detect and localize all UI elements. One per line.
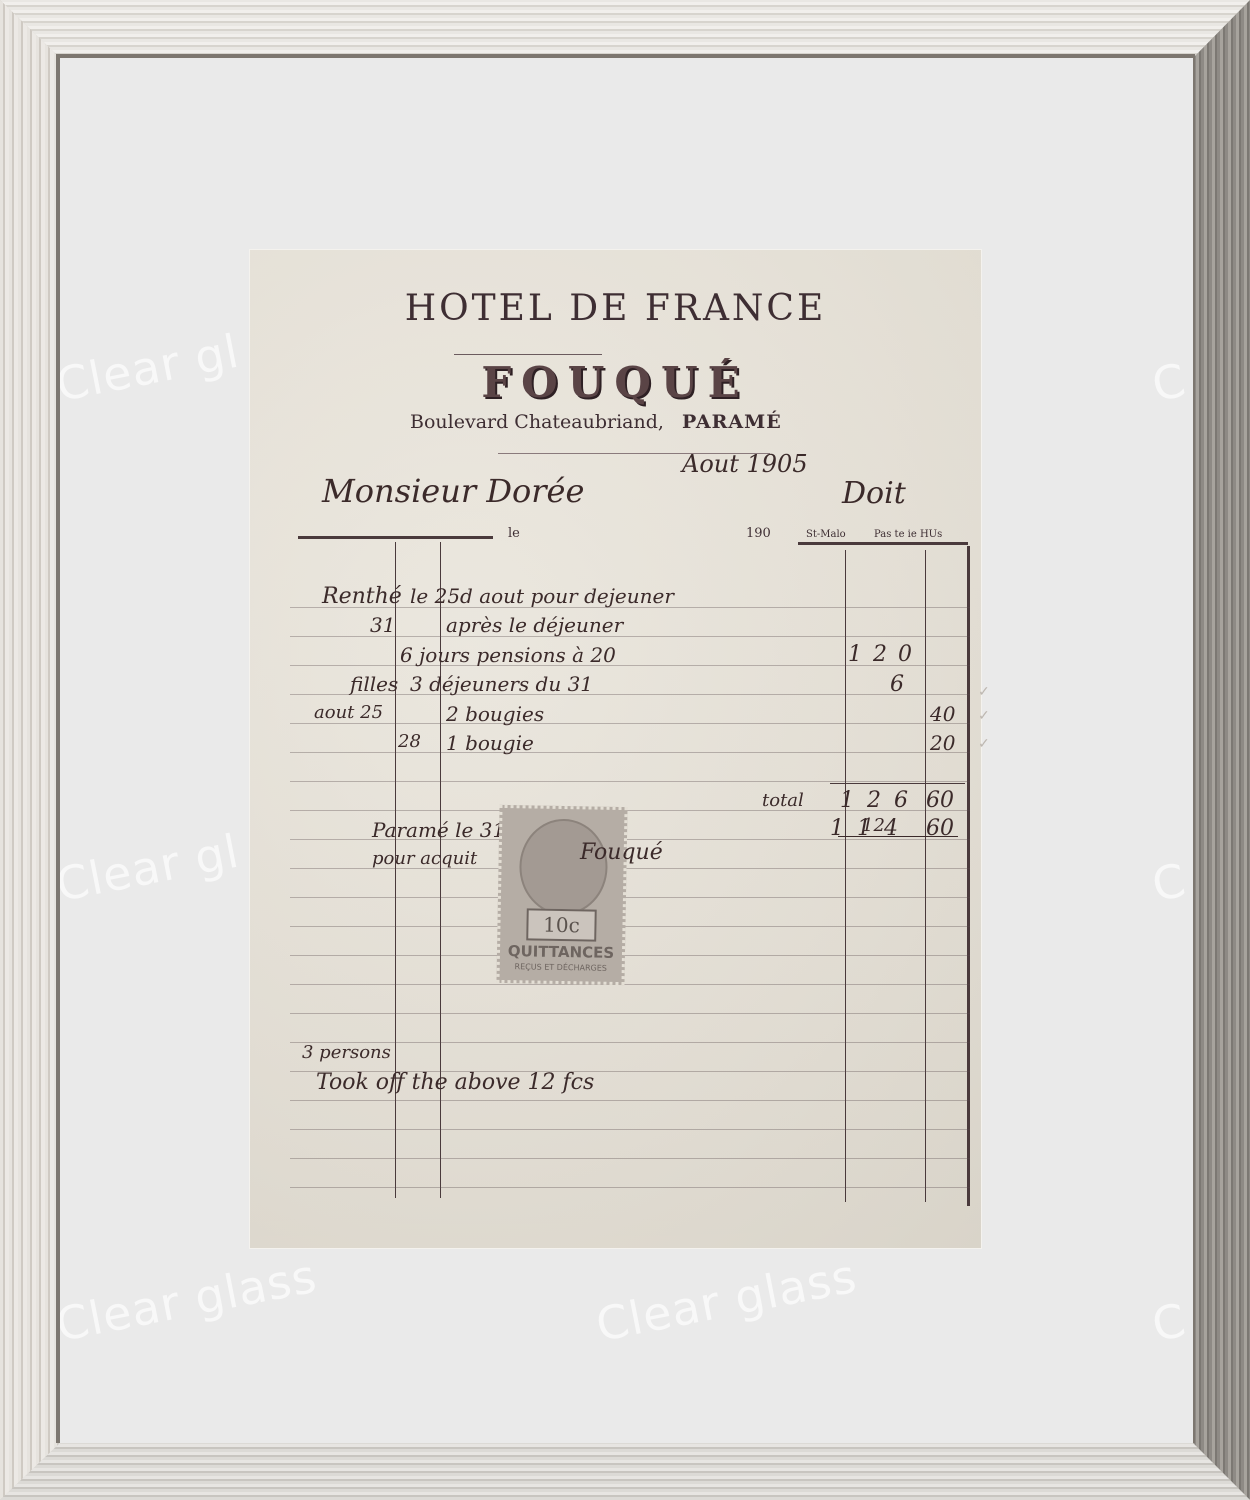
check-mark-icon: ✓ bbox=[978, 684, 990, 700]
column-header-2: Pas te ie HUs bbox=[874, 529, 942, 540]
ruled-line bbox=[290, 723, 970, 724]
stamp-subtitle: REÇUS ET DÉCHARGES bbox=[500, 962, 622, 973]
column-header-st-malo: St-Malo bbox=[806, 529, 846, 540]
total-rule bbox=[830, 783, 965, 784]
hotel-name: HOTEL DE FRANCE bbox=[250, 288, 981, 329]
ruled-line bbox=[290, 1158, 970, 1159]
line-item-description: 3 déjeuners du 31 bbox=[410, 672, 593, 696]
addressee: Monsieur Dorée bbox=[322, 472, 584, 510]
stamp-portrait-icon bbox=[519, 818, 609, 916]
frame-right-rail bbox=[1193, 0, 1250, 1500]
signature: Fouqué bbox=[580, 840, 663, 865]
line-item-cents: 20 bbox=[930, 731, 955, 755]
line-item-amount: 6 bbox=[890, 672, 904, 697]
line-item-left: 31 bbox=[370, 613, 395, 637]
line-item-amount: 1 2 0 bbox=[848, 642, 914, 667]
ruled-line bbox=[290, 1042, 970, 1043]
frame-left-rail bbox=[0, 0, 60, 1500]
watermark: C bbox=[1148, 353, 1191, 412]
receipt-acquit: pour acquit bbox=[372, 848, 477, 869]
frame-top-rail bbox=[0, 0, 1250, 58]
stamp-title: QUITTANCES bbox=[500, 942, 622, 962]
frame-bottom-rail bbox=[0, 1443, 1250, 1500]
proprietor-name: FOUQUÉ bbox=[250, 358, 981, 407]
ruled-line bbox=[290, 955, 970, 956]
total-label: total bbox=[762, 790, 804, 811]
ruled-line bbox=[290, 752, 970, 753]
total-cents: 60 bbox=[926, 788, 954, 813]
le-label: le bbox=[508, 526, 520, 541]
ruled-line bbox=[290, 1013, 970, 1014]
revenue-stamp: 10c QUITTANCES REÇUS ET DÉCHARGES bbox=[496, 805, 627, 985]
ruled-line bbox=[290, 1187, 970, 1188]
note-deduction: Took off the above 12 fcs bbox=[316, 1070, 594, 1095]
header-rule-left bbox=[298, 536, 493, 539]
column-line bbox=[845, 550, 846, 1202]
ruled-line bbox=[290, 897, 970, 898]
stamp-value: 10c bbox=[526, 908, 597, 941]
line-item-description: 1 bougie bbox=[446, 731, 534, 755]
watermark: Clear gl bbox=[60, 324, 244, 412]
watermark: Clear glass bbox=[60, 1249, 321, 1352]
ruled-line bbox=[290, 1100, 970, 1101]
check-mark-icon: ✓ bbox=[978, 736, 990, 752]
watermark: Clear gl bbox=[60, 824, 244, 912]
ruled-line bbox=[290, 1129, 970, 1130]
check-mark-icon: ✓ bbox=[978, 708, 990, 724]
ruled-line bbox=[290, 926, 970, 927]
line-item-description: après le déjeuner bbox=[446, 613, 623, 637]
watermark: C bbox=[1148, 853, 1191, 912]
net-cents: 60 bbox=[926, 816, 954, 841]
ruled-line bbox=[290, 984, 970, 985]
line-item-left: Renthé bbox=[322, 584, 402, 609]
line-item-description: 6 jours pensions à 20 bbox=[400, 643, 616, 667]
line-item-description: le 25d aout pour dejeuner bbox=[410, 584, 674, 608]
address: Boulevard Chateaubriand, PARAMÉ bbox=[410, 411, 782, 433]
header-rule-right bbox=[798, 542, 968, 545]
doit-label: Doit bbox=[842, 476, 906, 511]
invoice-date: Aout 1905 bbox=[682, 450, 808, 478]
address-street: Boulevard Chateaubriand, bbox=[410, 411, 664, 433]
line-item-left: aout 25 bbox=[314, 702, 383, 723]
watermark: Clear glass bbox=[592, 1249, 861, 1352]
line-item-cents: 40 bbox=[930, 702, 955, 726]
watermark: C bbox=[1148, 1293, 1191, 1352]
total-amount: 1 2 6 bbox=[840, 788, 911, 813]
net-amount: 1 1 4 bbox=[830, 816, 901, 841]
line-item-description: 2 bougies bbox=[446, 702, 544, 726]
column-line bbox=[925, 550, 926, 1202]
hotel-invoice: HOTEL DE FRANCE FOUQUÉ Boulevard Chateau… bbox=[250, 250, 981, 1248]
note-persons: 3 persons bbox=[302, 1042, 391, 1063]
address-city: PARAMÉ bbox=[682, 411, 782, 433]
year-prefix: 190 bbox=[746, 526, 771, 541]
line-item-left: 28 bbox=[398, 731, 421, 752]
column-line-thick bbox=[967, 546, 970, 1206]
line-item-left: filles bbox=[350, 672, 398, 696]
ruled-line bbox=[290, 781, 970, 782]
